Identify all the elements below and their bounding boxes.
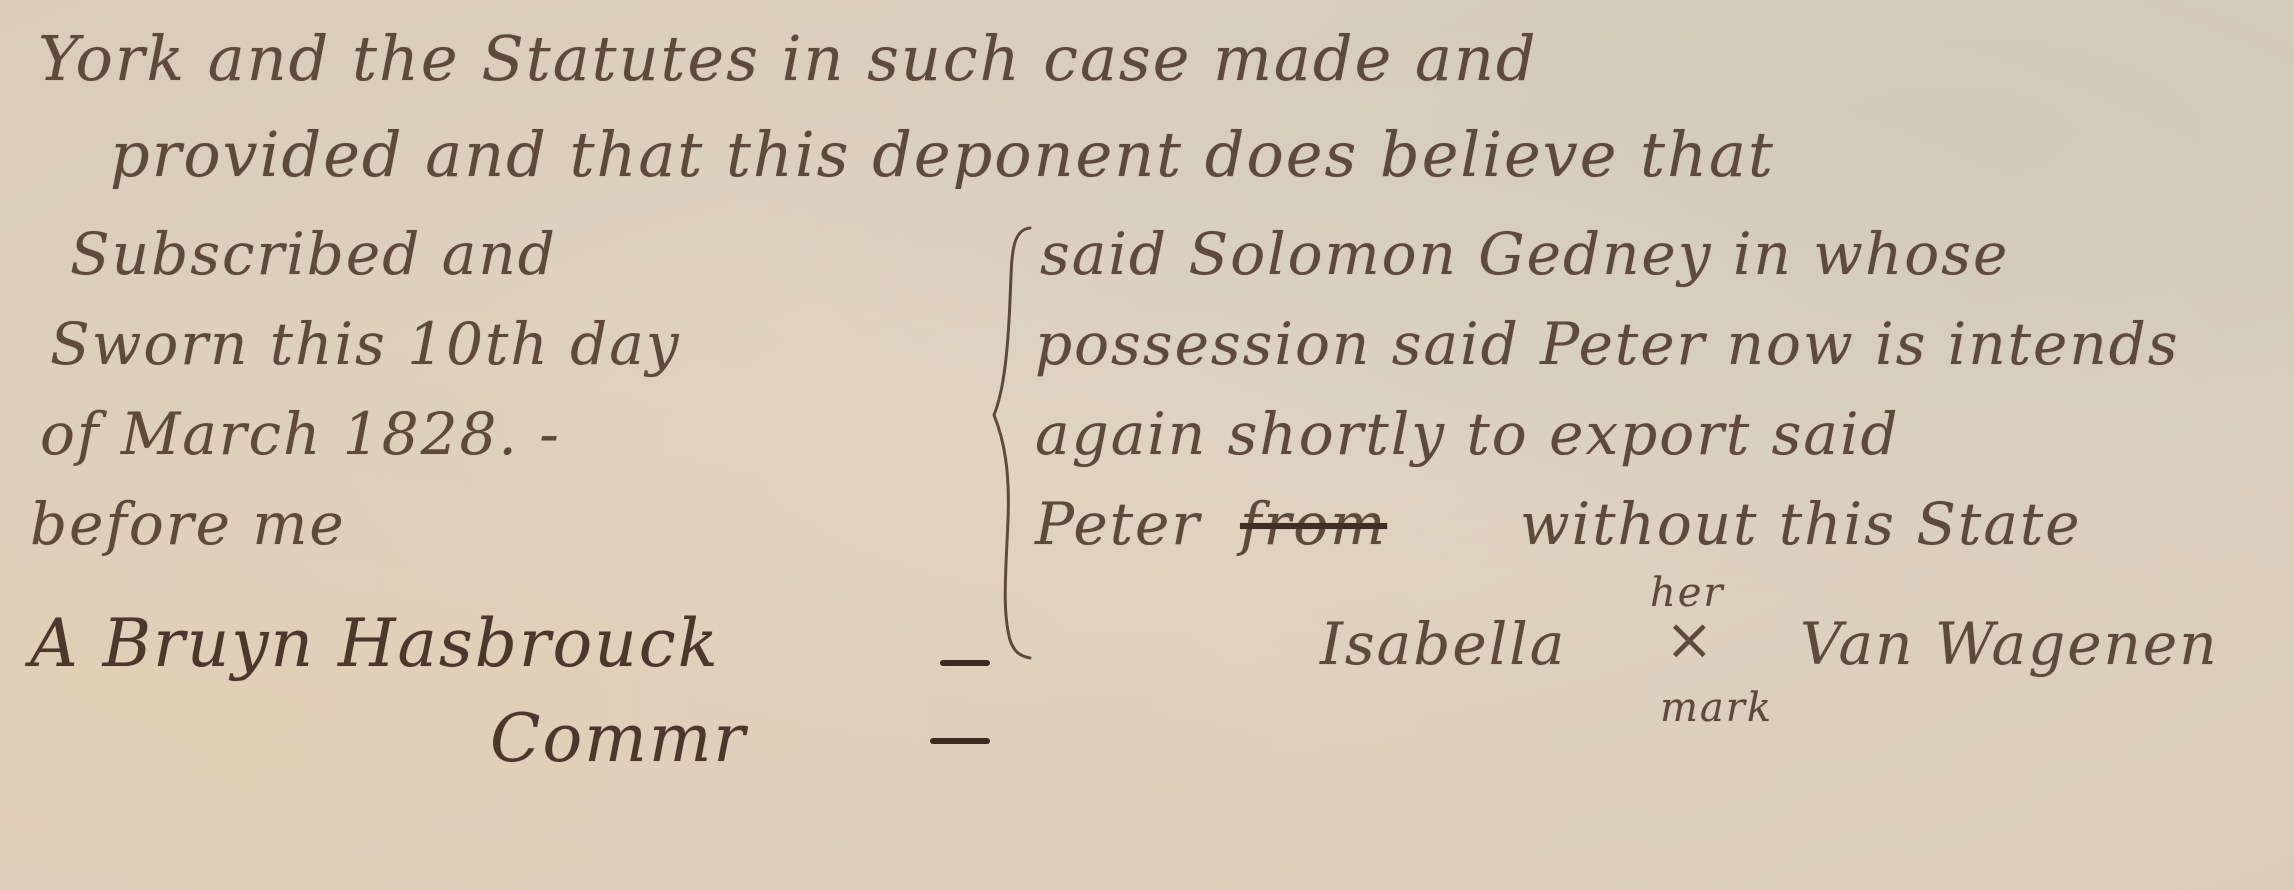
commissioner-title: Commr xyxy=(490,700,747,777)
struck-out-word: from xyxy=(1240,490,1387,558)
manuscript-page: York and the Statutes in such case made … xyxy=(0,0,2294,890)
signature-flourish xyxy=(940,660,990,666)
deponent-first-name: Isabella xyxy=(1320,610,1566,678)
statement-line-4-start: Peter xyxy=(1035,490,1201,558)
mark-x-icon: × xyxy=(1665,605,1716,673)
deponent-last-name: Van Wagenen xyxy=(1800,610,2219,678)
jurat-line-before-me: before me xyxy=(30,490,346,558)
statement-line-3: again shortly to export said xyxy=(1035,400,1900,468)
body-line-1: York and the Statutes in such case made … xyxy=(38,22,1538,95)
body-line-2: provided and that this deponent does bel… xyxy=(110,118,1775,191)
jurat-line-subscribed: Subscribed and xyxy=(70,220,557,288)
statement-line-4-end: without this State xyxy=(1520,490,2082,558)
mark-label-mark: mark xyxy=(1660,685,1773,731)
statement-line-2: possession said Peter now is intends xyxy=(1035,310,2180,378)
jurat-line-date: of March 1828. - xyxy=(40,400,561,468)
jurat-line-sworn: Sworn this 10th day xyxy=(50,310,681,378)
title-flourish xyxy=(930,738,990,744)
statement-line-1: said Solomon Gedney in whose xyxy=(1040,220,2009,288)
commissioner-signature: A Bruyn Hasbrouck xyxy=(30,605,720,682)
